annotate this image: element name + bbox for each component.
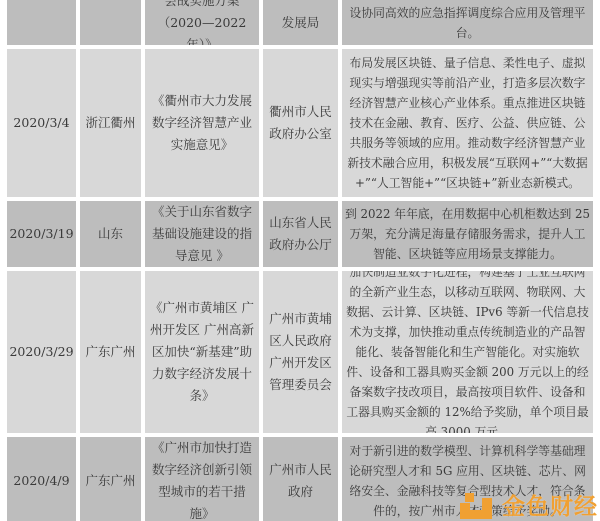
cell-content-text: 到 2022 年年底，在用数据中心机柜数达到 25 万架，充分满足海量存储服务需… bbox=[344, 204, 591, 264]
cell-agency: 广州市人民政府 bbox=[263, 437, 338, 521]
cell-content-text: 加快制造业数字化进程，构建基于工业互联网的全新产业生态，以移动互联网、物联网、大… bbox=[344, 271, 591, 433]
cell-content-text: 对于新引进的数学模型、计算机科学等基础理论研究型人才和 5G 应用、区块链、芯片… bbox=[344, 441, 591, 521]
cell-region-text: 浙江衢州 bbox=[85, 112, 135, 134]
cell-date-text: 2020/3/19 bbox=[9, 223, 73, 245]
table-row: 2020/4/9广东广州《广州市加快打造数字经济创新引领型城市的若干措施》广州市… bbox=[7, 437, 600, 521]
cell-content: 加快制造业数字化进程，构建基于工业互联网的全新产业生态，以移动互联网、物联网、大… bbox=[342, 271, 593, 433]
cell-agency-text: 衢州市人民政府办公室 bbox=[269, 101, 332, 145]
cell-date: 2020/3/29 bbox=[7, 271, 76, 433]
cell-content-text: 布局发展区块链、量子信息、柔性电子、虚拟现实与增强现实等前沿产业，打造多层次数字… bbox=[344, 53, 591, 193]
table-row: 2020/3/4浙江衢州《衢州市大力发展数字经济智慧产业实施意见》衢州市人民政府… bbox=[7, 49, 600, 197]
cell-content-text: 设协同高效的应急指挥调度综合应用及管理平台。 bbox=[344, 3, 591, 43]
cell-content: 布局发展区块链、量子信息、柔性电子、虚拟现实与增强现实等前沿产业，打造多层次数字… bbox=[342, 49, 593, 197]
cell-title: 会战实施方案（2020—2022年）》 bbox=[145, 0, 259, 45]
cell-agency-text: 广州市人民政府 bbox=[269, 459, 332, 503]
cell-region-text: 山东 bbox=[98, 223, 123, 245]
cell-title: 《广州市加快打造数字经济创新引领型城市的若干措施》 bbox=[145, 437, 259, 521]
cell-agency-text: 广州市黄埔区人民政府 广州开发区管理委员会 bbox=[269, 308, 332, 396]
cell-content: 到 2022 年年底，在用数据中心机柜数达到 25 万架，充分满足海量存储服务需… bbox=[342, 201, 593, 267]
cell-date-text: 2020/3/4 bbox=[13, 112, 69, 134]
cell-content: 对于新引进的数学模型、计算机科学等基础理论研究型人才和 5G 应用、区块链、芯片… bbox=[342, 437, 593, 521]
cell-region: 广东广州 bbox=[80, 271, 141, 433]
cell-date-text: 2020/4/9 bbox=[13, 470, 69, 492]
cell-date-text: 2020/3/29 bbox=[9, 341, 73, 363]
cell-agency: 山东省人民政府办公厅 bbox=[263, 201, 338, 267]
cell-date: 2020/3/19 bbox=[7, 201, 76, 267]
cell-title-text: 《衢州市大力发展数字经济智慧产业实施意见》 bbox=[150, 90, 254, 156]
cell-agency-text: 山东省人民政府办公厅 bbox=[269, 212, 332, 256]
cell-date: 2020/3/4 bbox=[7, 49, 76, 197]
cell-agency: 发展局 bbox=[263, 0, 338, 45]
cell-region: 山东 bbox=[80, 201, 141, 267]
document-page: 会战实施方案（2020—2022年）》发展局设协同高效的应急指挥调度综合应用及管… bbox=[0, 0, 600, 521]
cell-title-text: 会战实施方案（2020—2022年）》 bbox=[150, 0, 254, 45]
cell-content: 设协同高效的应急指挥调度综合应用及管理平台。 bbox=[342, 0, 593, 45]
cell-region bbox=[80, 0, 141, 45]
cell-title-text: 《关于山东省数字基础设施建设的指导意见 》 bbox=[150, 201, 254, 267]
cell-title: 《广州市黄埔区 广州开发区 广州高新区加快“新基建”助力数字经济发展十条》 bbox=[145, 271, 259, 433]
cell-region: 广东广州 bbox=[80, 437, 141, 521]
cell-region: 浙江衢州 bbox=[80, 49, 141, 197]
cell-region-text: 广东广州 bbox=[85, 341, 135, 363]
cell-title-text: 《广州市黄埔区 广州开发区 广州高新区加快“新基建”助力数字经济发展十条》 bbox=[150, 297, 254, 407]
table-row: 2020/3/19山东《关于山东省数字基础设施建设的指导意见 》山东省人民政府办… bbox=[7, 201, 600, 267]
cell-date bbox=[7, 0, 76, 45]
cell-agency: 广州市黄埔区人民政府 广州开发区管理委员会 bbox=[263, 271, 338, 433]
cell-title: 《衢州市大力发展数字经济智慧产业实施意见》 bbox=[145, 49, 259, 197]
cell-agency: 衢州市人民政府办公室 bbox=[263, 49, 338, 197]
cell-date: 2020/4/9 bbox=[7, 437, 76, 521]
cell-title: 《关于山东省数字基础设施建设的指导意见 》 bbox=[145, 201, 259, 267]
cell-agency-text: 发展局 bbox=[282, 12, 320, 34]
table-row: 2020/3/29广东广州《广州市黄埔区 广州开发区 广州高新区加快“新基建”助… bbox=[7, 271, 600, 433]
policy-table: 会战实施方案（2020—2022年）》发展局设协同高效的应急指挥调度综合应用及管… bbox=[7, 0, 600, 521]
cell-title-text: 《广州市加快打造数字经济创新引领型城市的若干措施》 bbox=[150, 437, 254, 521]
table-row: 会战实施方案（2020—2022年）》发展局设协同高效的应急指挥调度综合应用及管… bbox=[7, 0, 600, 45]
cell-region-text: 广东广州 bbox=[85, 470, 135, 492]
